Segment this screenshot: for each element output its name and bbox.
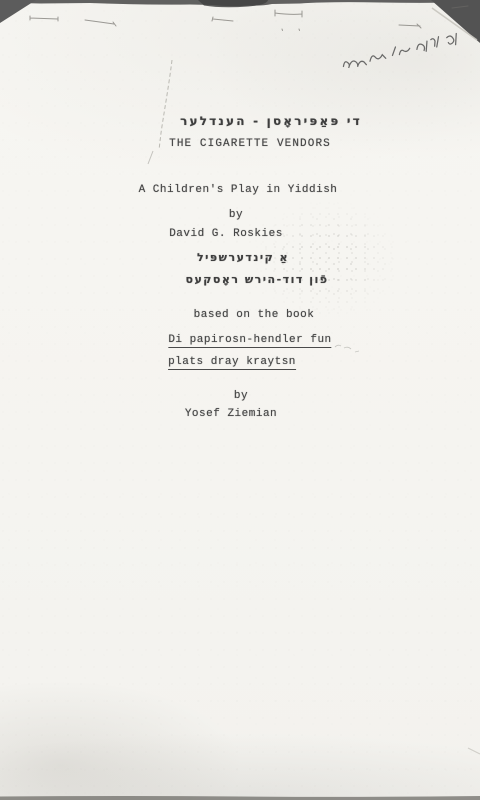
- staple-marks: [30, 6, 468, 31]
- book-byline-label: by: [234, 390, 248, 402]
- based-on-label: based on the book: [194, 309, 315, 321]
- scanned-title-page: די פּאַפּיראָסן - הענדלער THE CIGARETTE …: [0, 0, 480, 800]
- yiddish-title: די פּאַפּיראָסן - הענדלער: [180, 114, 362, 128]
- scanner-bed-corner-left: [0, 0, 36, 23]
- crease-line: [159, 60, 172, 150]
- book-author-name: Yosef Ziemian: [185, 408, 277, 420]
- subtitle: A Children's Play in Yiddish: [139, 184, 338, 196]
- yiddish-fun-line: פֿון דוד-הירש ראָסקעס: [186, 273, 329, 286]
- page-bottom-edge: [0, 796, 480, 800]
- faint-pencil-marks: [335, 345, 359, 352]
- book-title-line1: Di papirosn-hendler fun: [168, 334, 331, 348]
- yiddish-kindershpil-line: אַ קינדערשפּיל: [197, 251, 289, 264]
- page-top-edge: [0, 0, 480, 6]
- book-title-line2: plats dray kraytsn: [168, 356, 296, 370]
- handwritten-note: [336, 28, 472, 74]
- bottom-right-fold: [468, 748, 480, 754]
- top-edge-dark-blob: [198, 0, 268, 7]
- author-name: David G. Roskies: [169, 228, 283, 240]
- crease-tick: [148, 151, 153, 164]
- byline-label: by: [229, 209, 243, 221]
- english-title: THE CIGARETTE VENDORS: [169, 138, 331, 150]
